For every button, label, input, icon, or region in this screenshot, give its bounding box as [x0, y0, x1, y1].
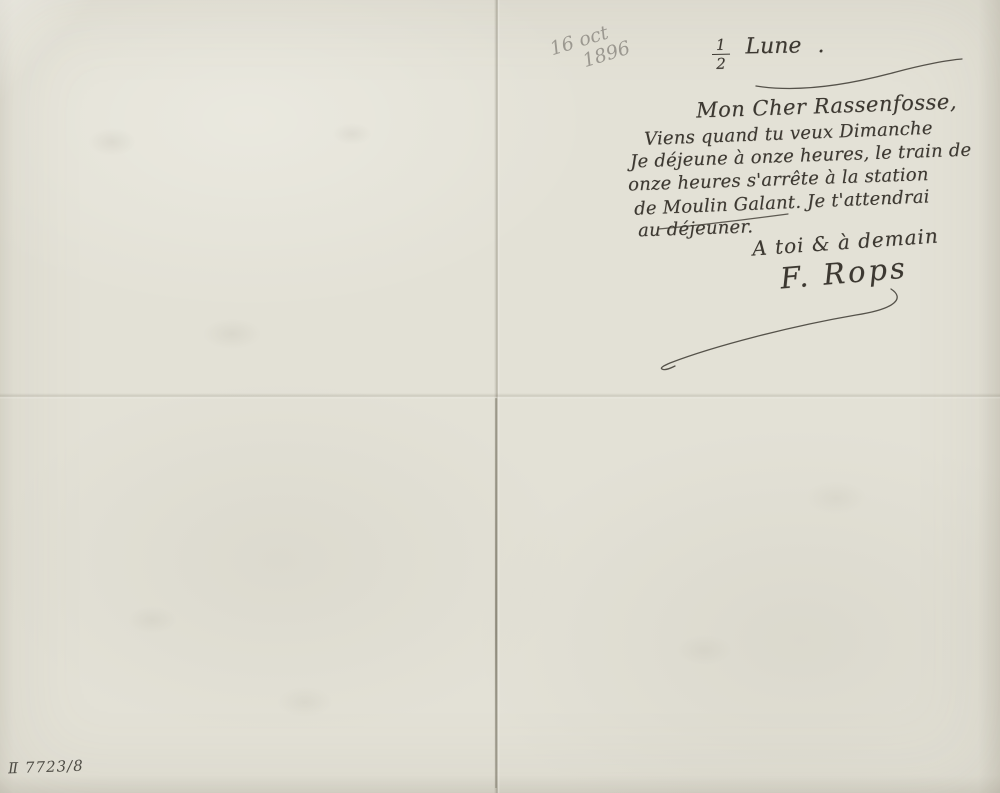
letter-body: Viens quand tu veux Dimanche Je déjeune … [628, 121, 1000, 236]
letter-scan: 16 oct 1896 1 2 Lune . Mon Cher Rassenfo… [0, 0, 1000, 793]
one-half-fraction: 1 2 [712, 37, 730, 72]
fraction-numerator: 1 [712, 37, 730, 55]
archive-shelfmark: Ⅱ 7723/8 [8, 757, 84, 778]
letterhead-place-name: 1 2 Lune . [712, 33, 825, 72]
place-name-word: Lune [745, 33, 801, 59]
vertical-fold-lower-line [495, 398, 497, 788]
place-name-punctuation: . [817, 33, 824, 58]
fraction-denominator: 2 [716, 55, 726, 72]
horizontal-fold-crease [0, 393, 1000, 399]
